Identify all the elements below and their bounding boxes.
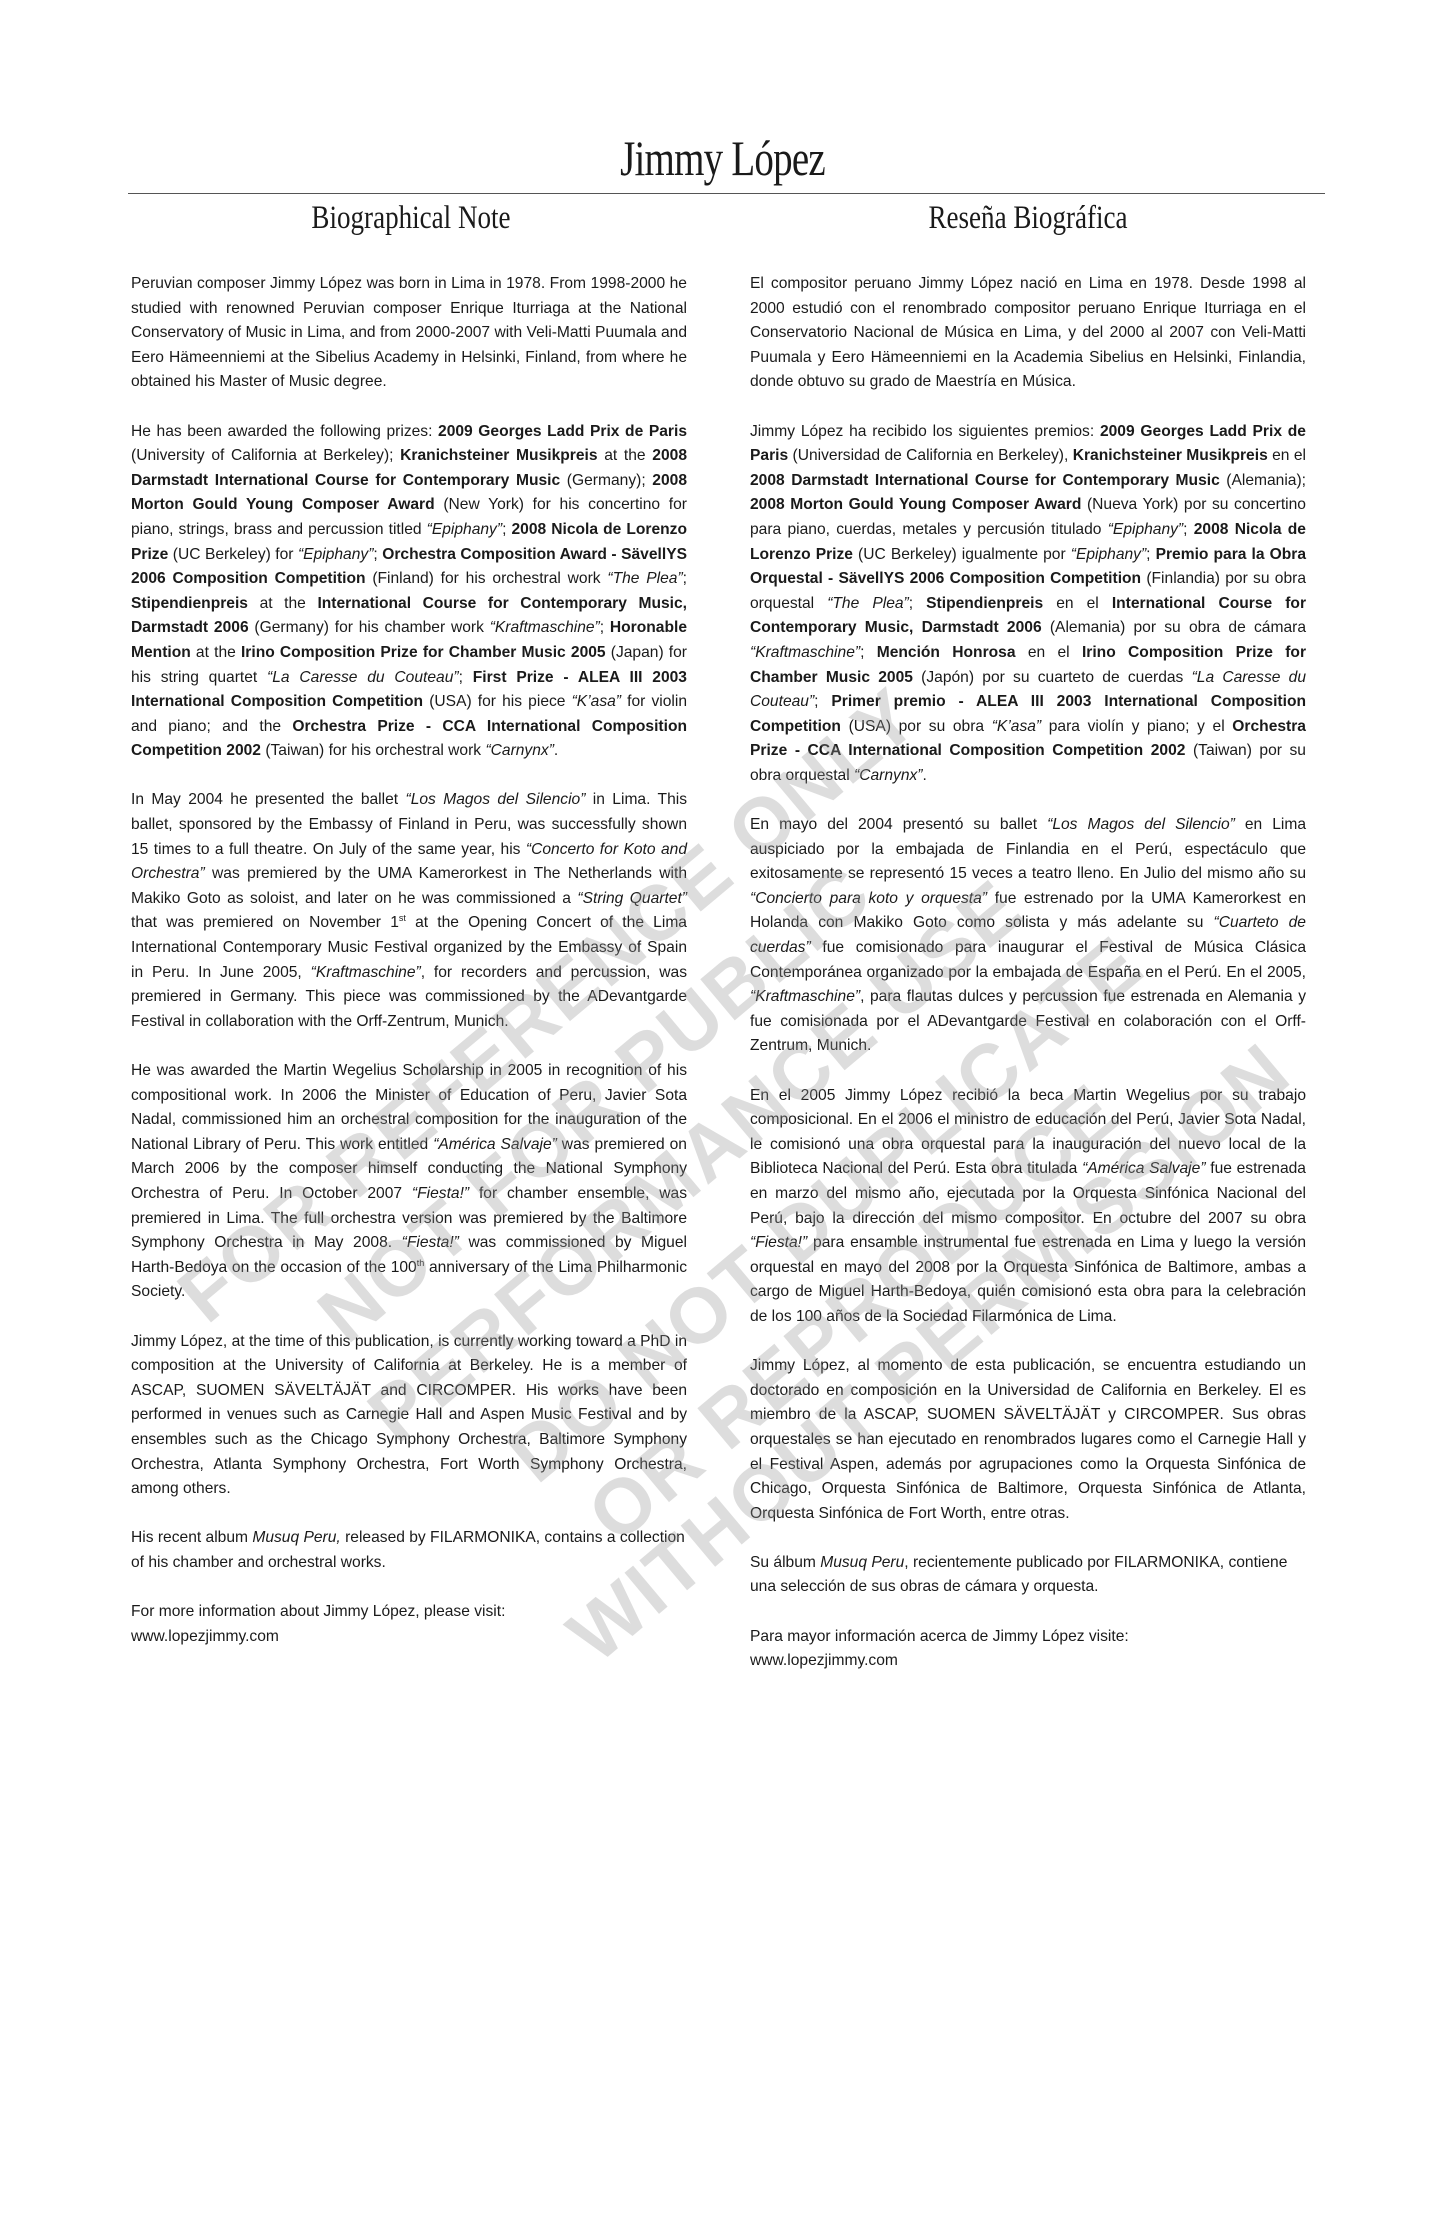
work-title: “K’asa” [992,718,1041,735]
work-title: “Fiesta!” [402,1234,459,1251]
text-segment: Su álbum [750,1554,820,1571]
text-segment: ; [860,644,877,661]
english-paragraph-more-info: For more information about Jimmy López, … [131,1600,687,1649]
english-paragraph-phd: Jimmy López, at the time of this publica… [131,1330,687,1502]
text-segment: at the [598,447,653,464]
work-title: “The Plea” [607,570,682,587]
text-segment: (Germany); [560,472,652,489]
text-segment: In May 2004 he presented the ballet [131,791,406,808]
text-segment: en el [1016,644,1082,661]
work-title: “Carnynx” [854,767,922,784]
text-segment: (USA) por su obra [841,718,992,735]
spanish-paragraph-birth: El compositor peruano Jimmy López nació … [750,272,1306,395]
text-segment: (UC Berkeley) for [168,546,298,563]
english-heading: Biographical Note [181,196,640,240]
work-title: “América Salvaje” [433,1136,557,1153]
text-segment: . [922,767,926,784]
text-segment: (Taiwan) for his orchestral work [261,742,485,759]
work-title: “Epiphany” [427,521,502,538]
text-segment: ; [1183,521,1194,538]
work-title: “String Quartet” [577,890,687,907]
award-name: Irino Composition Prize for Chamber Musi… [241,644,606,661]
work-title: “Fiesta!” [750,1234,807,1251]
award-name: 2009 Georges Ladd Prix de Paris [438,423,687,440]
text-segment: Jimmy López ha recibido los siguientes p… [750,423,1100,440]
award-name: Kranichsteiner Musikpreis [1073,447,1268,464]
award-name: Mención Honrosa [877,644,1016,661]
spanish-more-info-text: Para mayor información acerca de Jimmy L… [750,1628,1129,1645]
spanish-paragraph-prizes: Jimmy López ha recibido los siguientes p… [750,420,1306,789]
award-name: 2008 Darmstadt International Course for … [750,472,1220,489]
text-segment: at the [248,595,317,612]
spanish-paragraph-scholarship: En el 2005 Jimmy López recibió la beca M… [750,1084,1306,1330]
spanish-paragraph-album: Su álbum Musuq Peru, recientemente publi… [750,1551,1306,1600]
work-title: “Fiesta!” [412,1185,469,1202]
english-website-link[interactable]: www.lopezjimmy.com [131,1628,279,1645]
english-paragraph-scholarship: He was awarded the Martin Wegelius Schol… [131,1059,687,1305]
award-name: Stipendienpreis [131,595,248,612]
english-paragraph-birth: Peruvian composer Jimmy López was born i… [131,272,687,395]
text-segment: He has been awarded the following prizes… [131,423,438,440]
text-segment: at the [191,644,241,661]
spanish-paragraph-more-info: Para mayor información acerca de Jimmy L… [750,1625,1306,1674]
text-segment: (Finland) for his orchestral work [366,570,608,587]
work-title: “Kraftmaschine” [750,988,860,1005]
text-segment: para violín y piano; y el [1041,718,1232,735]
work-title: “América Salvaje” [1082,1160,1205,1177]
work-title: “Epiphany” [1071,546,1146,563]
work-title: Musuq Peru, [252,1529,340,1546]
english-column: Peruvian composer Jimmy López was born i… [131,272,687,1674]
work-title: “Epiphany” [1108,521,1183,538]
text-segment: (USA) for his piece [423,693,572,710]
english-paragraph-prizes: He has been awarded the following prizes… [131,420,687,764]
english-more-info-text: For more information about Jimmy López, … [131,1603,505,1620]
spanish-column: El compositor peruano Jimmy López nació … [750,272,1306,1698]
text-segment: ; [814,693,831,710]
work-title: “Kraftmaschine” [750,644,860,661]
award-name: 2008 Morton Gould Young Composer Award [750,496,1081,513]
text-segment: . [554,742,558,759]
award-name: Kranichsteiner Musikpreis [400,447,597,464]
text-segment: (Universidad de California en Berkeley), [788,447,1073,464]
text-segment: that was premiered on November 1 [131,914,399,931]
text-segment: ; [459,669,473,686]
work-title: “The Plea” [827,595,909,612]
work-title: “Carnynx” [485,742,553,759]
text-segment: en el [1268,447,1306,464]
text-segment: para ensamble instrumental fue estrenada… [750,1234,1306,1325]
spanish-paragraph-ballet: En mayo del 2004 presentó su ballet “Los… [750,813,1306,1059]
text-segment: (Germany) for his chamber work [249,619,490,636]
text-segment: en el [1043,595,1112,612]
work-title: “Kraftmaschine” [490,619,600,636]
text-segment: ; [600,619,610,636]
text-segment: ; [909,595,926,612]
work-title: “Los Magos del Silencio” [406,791,586,808]
page-title: Jimmy López [159,128,1286,188]
text-segment: ; [1146,546,1155,563]
work-title: “K’asa” [572,693,621,710]
text-segment: ; [373,546,382,563]
work-title: “Concierto para koto y orquesta” [750,890,987,907]
text-segment: st [399,913,406,923]
work-title: “La Caresse du Couteau” [267,669,459,686]
text-segment: fue comisionado para inaugurar el Festiv… [750,939,1306,981]
text-segment: En mayo del 2004 presentó su ballet [750,816,1047,833]
text-segment: (University of California at Berkeley); [131,447,400,464]
text-segment: His recent album [131,1529,252,1546]
spanish-website-link[interactable]: www.lopezjimmy.com [750,1652,898,1669]
english-paragraph-ballet: In May 2004 he presented the ballet “Los… [131,788,687,1034]
text-segment: ; [683,570,687,587]
text-segment: (Alemania) por su obra de cámara [1042,619,1306,636]
spanish-paragraph-phd: Jimmy López, al momento de esta publicac… [750,1354,1306,1526]
text-segment: (Alemania); [1220,472,1306,489]
award-name: Stipendienpreis [926,595,1043,612]
work-title: “Los Magos del Silencio” [1047,816,1235,833]
spanish-heading: Reseña Biográfica [798,196,1257,240]
work-title: “Epiphany” [298,546,373,563]
work-title: “Kraftmaschine” [311,964,421,981]
title-divider [128,193,1325,194]
text-segment: (Japón) por su cuarteto de cuerdas [913,669,1192,686]
text-segment: (UC Berkeley) igualmente por [853,546,1071,563]
english-paragraph-album: His recent album Musuq Peru, released by… [131,1526,687,1575]
work-title: Musuq Peru [820,1554,904,1571]
